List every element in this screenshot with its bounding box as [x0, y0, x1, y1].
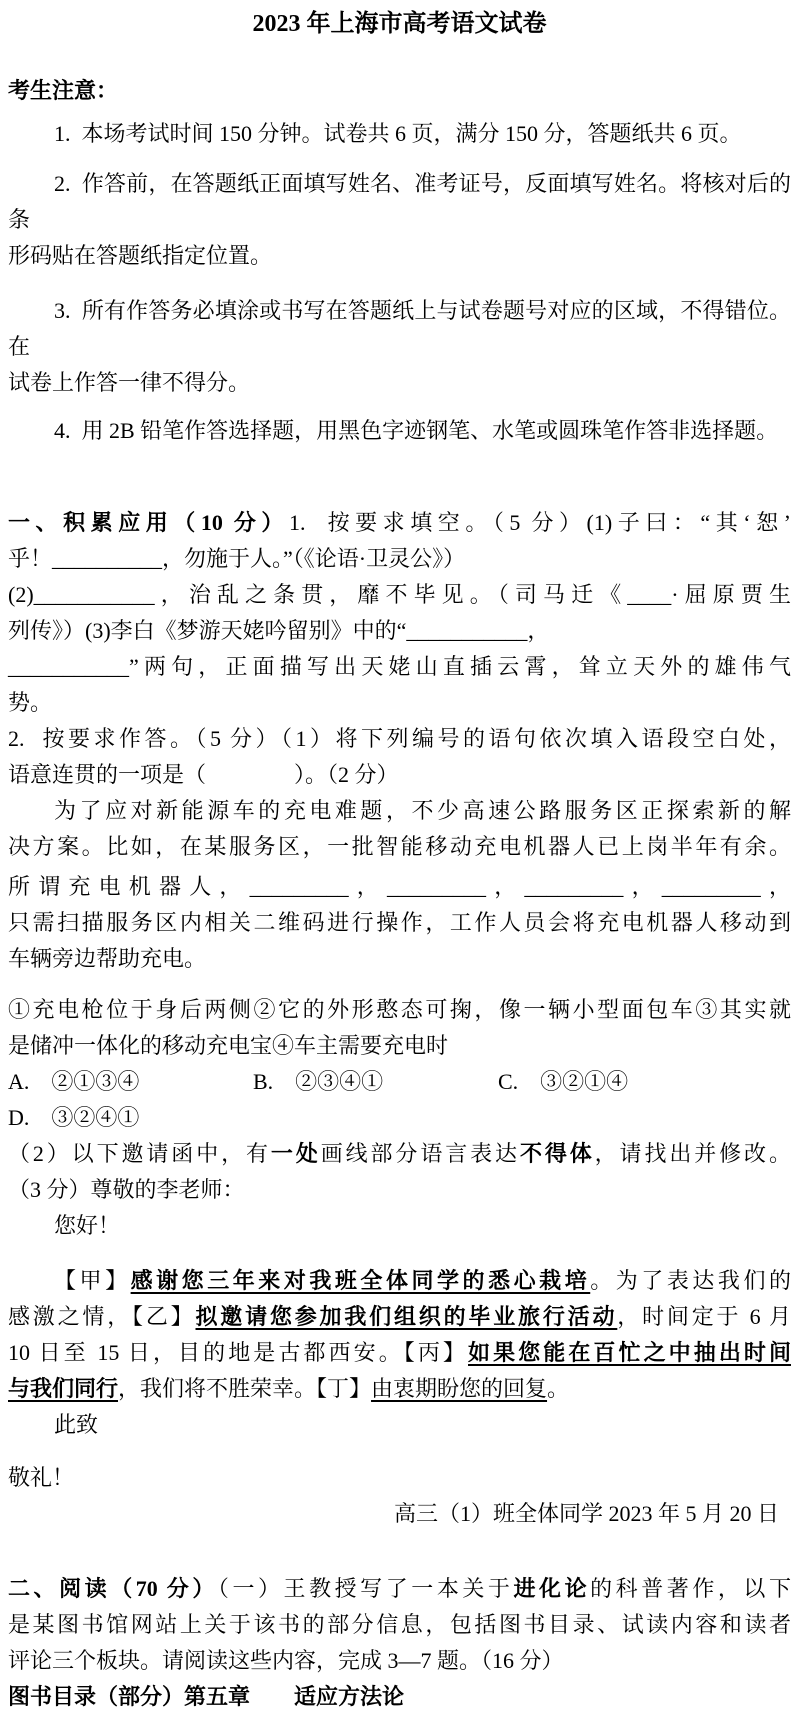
text-run: 决方案。比如，在某服务区，一批智能移动充电机器人已上岗半年有余。 [8, 834, 791, 859]
passage-line-3: 所谓充电机器人，_________，_________，_________，__… [8, 869, 791, 905]
text-run: 您好！ [54, 1213, 120, 1238]
text-run: 此致 [54, 1412, 98, 1437]
text-run: 4. 用 2B 铅笔作答选择题，用黑色字迹钢笔、水笔或圆珠笔作答非选择题。 [54, 418, 778, 443]
section1-q1-line-6: 势。 [8, 685, 791, 721]
document: 2023 年上海市高考语文试卷考生注意：1. 本场考试时间 150 分钟。试卷共… [8, 6, 791, 1715]
text-run: 1. 本场考试时间 150 分钟。试卷共 6 页，满分 150 分，答题纸共 6… [54, 121, 742, 146]
passage-line-5: 车辆旁边帮助充电。 [8, 941, 791, 977]
letter-closing-1: 此致 [8, 1407, 791, 1443]
text-run: 势。 [8, 690, 52, 715]
text-run: 列传》）(3)李白《梦游天姥吟留别》中的“___________， [8, 618, 549, 643]
section1-q1-line-2: 乎！__________，勿施于人。”（《论语·卫灵公》） [8, 541, 791, 577]
letter-signature: 高三（1）班全体同学 2023 年 5 月 20 日 [8, 1496, 791, 1532]
text-run: 3. 所有作答务必填涂或书写在答题纸上与试卷题号对应的区域，不得错位。在 [8, 298, 791, 359]
notice-item-3-line-2: 试卷上作答一律不得分。 [8, 365, 791, 401]
section1-q1-line-4: 列传》）(3)李白《梦游天姥吟留别》中的“___________， [8, 613, 791, 649]
section1-q1-line-1: 一、积累应用（10 分）1. 按要求填空。（5 分）(1)子曰：“其‘恕’ [8, 505, 791, 541]
numbered-sentences-line-1: ①充电枪位于身后两侧②它的外形憨态可掬，像一辆小型面包车③其实就 [8, 992, 791, 1028]
section1-q2-line-2: 语意连贯的一项是（ ）。（2 分） [8, 757, 791, 793]
text-run: ，时间定于 6 月 [617, 1304, 791, 1329]
notice-item-2-line-1: 2. 作答前，在答题纸正面填写姓名、准考证号，反面填写姓名。将核对后的条 [8, 166, 791, 238]
text-run: 车辆旁边帮助充电。 [8, 946, 206, 971]
text-run: 一、积累应用（10 分） [8, 510, 289, 535]
text-run: 。为了表达我们的 [590, 1268, 791, 1293]
text-run: （一）王教授写了一本关于 [218, 1576, 514, 1601]
passage-line-2: 决方案。比如，在某服务区，一批智能移动充电机器人已上岗半年有余。 [8, 829, 791, 865]
text-run: 为了应对新能源车的充电难题，不少高速公路服务区正探索新的解 [54, 798, 791, 823]
text-run: ，我们将不胜荣幸。【丁】 [118, 1376, 371, 1401]
text-run: 一处 [271, 1141, 321, 1166]
text-run: 图书目录（部分）第五章 适应方法论 [8, 1684, 404, 1709]
section1-q2-2-line-1: （2）以下邀请函中，有一处画线部分语言表达不得体，请找出并修改。 [8, 1136, 791, 1172]
text-run: 乎！__________，勿施于人。”（《论语·卫灵公》） [8, 546, 465, 571]
text-run: 不得体 [520, 1141, 595, 1166]
choice-row-abc: A. ②①③④B. ②③④①C. ③②①④ [8, 1064, 791, 1100]
text-run: 1. 按要求填空。（5 分）(1)子曰：“其‘恕’ [289, 510, 791, 535]
section2-intro-line-2: 是某图书馆网站上关于该书的部分信息，包括图书目录、试读内容和读者 [8, 1607, 791, 1643]
letter-greeting: 您好！ [8, 1208, 791, 1244]
notice-heading: 考生注意： [8, 73, 791, 109]
text-run: 是某图书馆网站上关于该书的部分信息，包括图书目录、试读内容和读者 [8, 1612, 791, 1637]
section1-q1-line-5: ___________”两句，正面描写出天姥山直插云霄，耸立天外的雄伟气 [8, 649, 791, 685]
text-run: D. ③②④① [8, 1105, 139, 1130]
text-run: 考生注意： [8, 78, 118, 103]
catalog-heading: 图书目录（部分）第五章 适应方法论 [8, 1679, 791, 1715]
passage-line-1: 为了应对新能源车的充电难题，不少高速公路服务区正探索新的解 [8, 793, 791, 829]
text-run: 是储冲一体化的移动充电宝④车主需要充电时 [8, 1033, 448, 1058]
text-run: 。 [547, 1376, 569, 1401]
choice-option: B. ②③④① [253, 1064, 498, 1100]
text-run: 的科普著作，以下 [590, 1576, 791, 1601]
text-run: （2）以下邀请函中，有 [8, 1141, 271, 1166]
exam-title: 2023 年上海市高考语文试卷 [8, 6, 791, 42]
text-run: 试卷上作答一律不得分。 [8, 370, 250, 395]
section1-q2-2-line-2: （3 分）尊敬的李老师： [8, 1172, 791, 1208]
text-run: 【甲】 [54, 1268, 131, 1293]
text-run: 所谓充电机器人，_________，_________，_________，__… [8, 874, 791, 899]
letter-body-line-1: 【甲】感谢您三年来对我班全体同学的悉心栽培。为了表达我们的 [8, 1263, 791, 1299]
text-run: 敬礼！ [8, 1465, 74, 1490]
notice-item-2-line-2: 形码贴在答题纸指定位置。 [8, 238, 791, 274]
text-run: 10 日至 15 日，目的地是古都西安。【丙】 [8, 1340, 468, 1365]
text-run: ，请找出并修改。 [595, 1141, 791, 1166]
section2-intro-line-1: 二、阅读（70 分）（一）王教授写了一本关于进化论的科普著作，以下 [8, 1571, 791, 1607]
text-run: 进化论 [513, 1576, 590, 1601]
text-run: 形码贴在答题纸指定位置。 [8, 243, 272, 268]
text-run: 高三（1）班全体同学 2023 年 5 月 20 日 [394, 1501, 779, 1526]
exam-paper-page: 2023 年上海市高考语文试卷考生注意：1. 本场考试时间 150 分钟。试卷共… [0, 0, 800, 1727]
text-run: 如果您能在百忙之中抽出时间 [468, 1340, 791, 1365]
text-run: ___________”两句，正面描写出天姥山直插云霄，耸立天外的雄伟气 [8, 654, 791, 679]
text-run: 拟邀请您参加我们组织的毕业旅行活动 [196, 1304, 618, 1329]
text-run: 只需扫描服务区内相关二维码进行操作，工作人员会将充电机器人移动到 [8, 910, 791, 935]
letter-body-line-3: 10 日至 15 日，目的地是古都西安。【丙】如果您能在百忙之中抽出时间 [8, 1335, 791, 1371]
text-run: 感谢您三年来对我班全体同学的悉心栽培 [131, 1268, 591, 1293]
choice-option: A. ②①③④ [8, 1064, 253, 1100]
notice-item-1: 1. 本场考试时间 150 分钟。试卷共 6 页，满分 150 分，答题纸共 6… [8, 116, 791, 152]
text-run: 评论三个板块。请阅读这些内容，完成 3—7 题。（16 分） [8, 1648, 564, 1673]
letter-body-line-2: 感激之情，【乙】拟邀请您参加我们组织的毕业旅行活动，时间定于 6 月 [8, 1299, 791, 1335]
section1-q2-line-1: 2. 按要求作答。（5 分）（1）将下列编号的语句依次填入语段空白处， [8, 721, 791, 757]
choice-option: C. ③②①④ [498, 1064, 743, 1100]
section2-intro-line-3: 评论三个板块。请阅读这些内容，完成 3—7 题。（16 分） [8, 1643, 791, 1679]
text-run: 二、阅读（70 分） [8, 1576, 218, 1601]
numbered-sentences-line-2: 是储冲一体化的移动充电宝④车主需要充电时 [8, 1028, 791, 1064]
text-run: 由衷期盼您的回复 [371, 1376, 547, 1401]
notice-item-3-line-1: 3. 所有作答务必填涂或书写在答题纸上与试卷题号对应的区域，不得错位。在 [8, 293, 791, 365]
text-run: (2)___________，治乱之条贯，靡不毕见。（司马迁《____·屈原贾生 [8, 582, 791, 607]
passage-line-4: 只需扫描服务区内相关二维码进行操作，工作人员会将充电机器人移动到 [8, 905, 791, 941]
letter-closing-2: 敬礼！ [8, 1460, 791, 1496]
text-run: 语意连贯的一项是（ ）。（2 分） [8, 762, 399, 787]
notice-item-4: 4. 用 2B 铅笔作答选择题，用黑色字迹钢笔、水笔或圆珠笔作答非选择题。 [8, 413, 791, 449]
text-run: ①充电枪位于身后两侧②它的外形憨态可掬，像一辆小型面包车③其实就 [8, 997, 791, 1022]
text-run: 感激之情，【乙】 [8, 1304, 196, 1329]
text-run: 2. 作答前，在答题纸正面填写姓名、准考证号，反面填写姓名。将核对后的条 [8, 171, 791, 232]
choice-row-d: D. ③②④① [8, 1100, 791, 1136]
text-run: 2023 年上海市高考语文试卷 [253, 11, 547, 37]
letter-body-line-4: 与我们同行，我们将不胜荣幸。【丁】由衷期盼您的回复。 [8, 1371, 791, 1407]
section1-q1-line-3: (2)___________，治乱之条贯，靡不毕见。（司马迁《____·屈原贾生 [8, 577, 791, 613]
text-run: 2. 按要求作答。（5 分）（1）将下列编号的语句依次填入语段空白处， [8, 726, 791, 751]
text-run: 画线部分语言表达 [321, 1141, 520, 1166]
text-run: （3 分）尊敬的李老师： [8, 1177, 245, 1202]
text-run: 与我们同行 [8, 1376, 118, 1401]
